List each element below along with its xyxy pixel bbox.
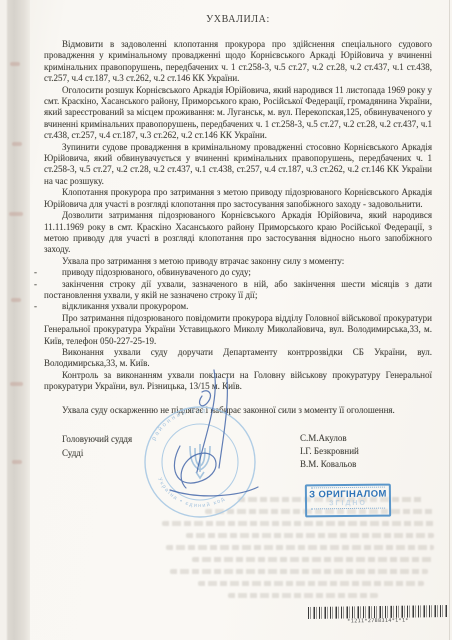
barcode-caption: *1211*2788314*1*1*	[308, 617, 448, 625]
dash-marker: -	[34, 301, 37, 312]
signature-title: Головуючий суддя	[62, 432, 132, 446]
copy-stamp-faint-label: ЗГІДНО	[307, 500, 389, 509]
list-item-dash: -закінчення строку дії ухвали, зазначено…	[44, 279, 432, 302]
signature-names: С.М.АкуловІ.Г. БезкровнийВ.М. Ковальов	[300, 432, 432, 471]
signature-titles: Головуючий суддяСудді	[44, 432, 132, 471]
signature-name: В.М. Ковальов	[300, 458, 432, 471]
bleedthrough-text	[228, 593, 378, 598]
paragraph: Дозволити затримання підозрюваного Корні…	[44, 210, 432, 256]
bleedthrough-text	[198, 581, 424, 586]
paragraph: Клопотання прокурора про затримання з ме…	[44, 187, 432, 210]
certified-copy-stamp: З ОРИГІНАЛОМ ЗГІДНО	[305, 484, 391, 518]
judge-signature	[138, 366, 288, 524]
scan-edge-right	[449, 0, 450, 640]
signature-name: С.М.Акулов	[300, 432, 432, 445]
copy-stamp-label: З ОРИГІНАЛОМ	[307, 489, 389, 501]
paragraph: Оголосити розшук Корнієвського Аркадія Ю…	[44, 85, 432, 142]
bleedthrough-text	[170, 569, 428, 574]
signature-name: І.Г. Безкровний	[300, 445, 432, 458]
document-title: УХВАЛИЛА:	[44, 14, 432, 26]
barcode: *1211*2788314*1*1*	[308, 605, 448, 625]
paragraph: Ухвала про затримання з метою приводу вт…	[44, 256, 432, 267]
paragraph: Про затримання підозрюваного повідомити …	[44, 313, 432, 347]
signature-title: Судді	[62, 446, 132, 460]
bleedthrough-text	[186, 533, 434, 538]
paragraph: Зупинити судове провадження в кримінальн…	[44, 142, 432, 188]
paragraph: Відмовити в задоволенні клопотання проку…	[44, 39, 432, 85]
dash-marker: -	[34, 279, 37, 290]
bleedthrough-text	[166, 545, 434, 550]
scanned-court-ruling-page: УХВАЛИЛА: Відмовити в задоволенні клопот…	[0, 0, 452, 640]
scan-edge-strip	[0, 0, 30, 640]
document-body: Відмовити в задоволенні клопотання проку…	[44, 39, 432, 416]
list-item-dash: -приводу підозрюваного, обвинуваченого д…	[44, 267, 432, 278]
list-item-dash: -відкликання ухвали прокурором.	[44, 301, 432, 312]
dash-marker: -	[34, 267, 37, 278]
bleedthrough-text	[192, 557, 432, 562]
